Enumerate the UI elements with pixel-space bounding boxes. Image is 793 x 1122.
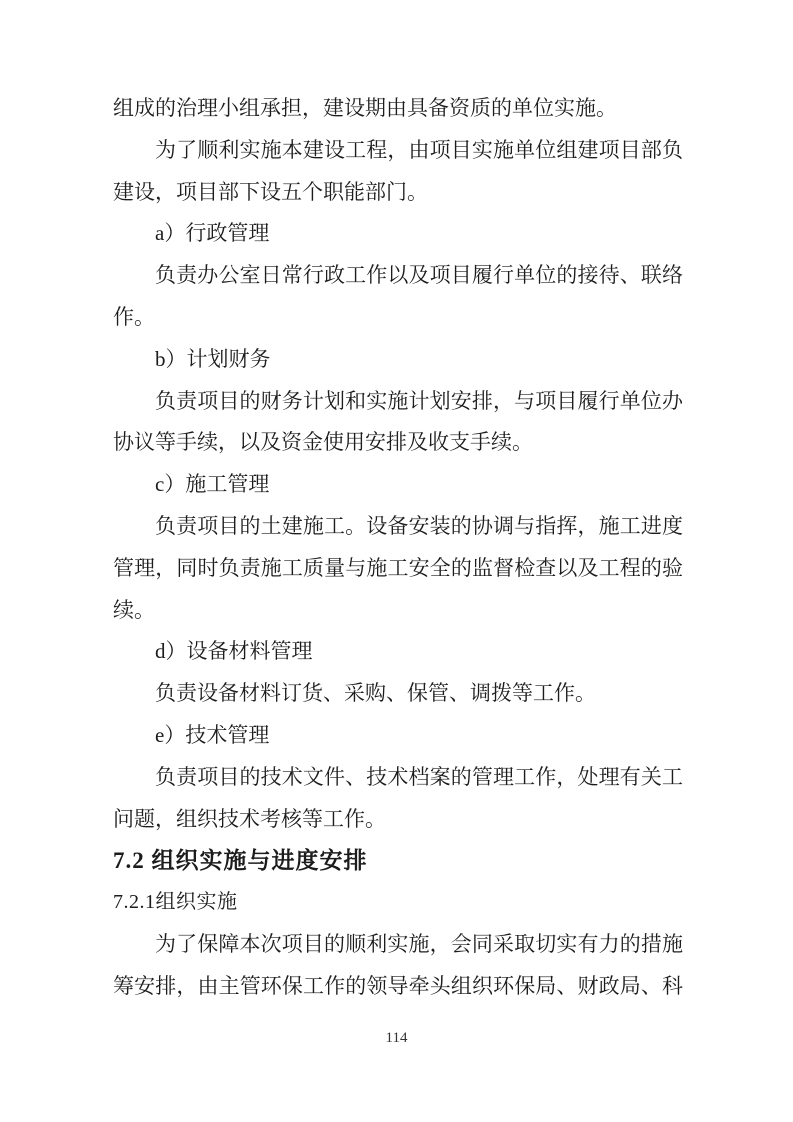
- text-line: 建设，项目部下设五个职能部门。: [113, 172, 683, 214]
- text-line: 为了保障本次项目的顺利实施，会同采取切实有力的措施进行统: [113, 924, 683, 966]
- list-item-d: d）设备材料管理: [113, 631, 683, 673]
- list-item-c: c）施工管理: [113, 464, 683, 506]
- subsection-heading-7-2-1: 7.2.1组织实施: [113, 882, 683, 924]
- text-line: 协议等手续，以及资金使用安排及收支手续。: [113, 422, 683, 464]
- document-page: 组成的治理小组承担，建设期由具备资质的单位实施。 为了顺利实施本建设工程，由项目…: [0, 0, 793, 1122]
- text-line: 负责设备材料订货、采购、保管、调拨等工作。: [113, 673, 683, 715]
- list-item-a: a）行政管理: [113, 213, 683, 255]
- text-line: 为了顺利实施本建设工程，由项目实施单位组建项目部负责工程: [113, 130, 683, 172]
- text-line: 问题，组织技术考核等工作。: [113, 799, 683, 841]
- text-line: 负责项目的土建施工。设备安装的协调与指挥，施工进度计划与: [113, 506, 683, 548]
- text-line: 负责项目的技术文件、技术档案的管理工作，处理有关工程技术: [113, 757, 683, 799]
- list-item-b: b）计划财务: [113, 339, 683, 381]
- text-line: 续。: [113, 590, 683, 632]
- text-line: 作。: [113, 297, 683, 339]
- text-line: 管理，同时负责施工质量与施工安全的监督检查以及工程的验收手: [113, 548, 683, 590]
- text-line: 负责办公室日常行政工作以及项目履行单位的接待、联络等工: [113, 255, 683, 297]
- text-line: 筹安排，由主管环保工作的领导牵头组织环保局、财政局、科技局、: [113, 966, 683, 1008]
- text-line: 组成的治理小组承担，建设期由具备资质的单位实施。: [113, 88, 683, 130]
- text-line: 负责项目的财务计划和实施计划安排，与项目履行单位办理合同: [113, 381, 683, 423]
- document-body: 组成的治理小组承担，建设期由具备资质的单位实施。 为了顺利实施本建设工程，由项目…: [113, 88, 683, 1008]
- page-number: 114: [0, 1030, 793, 1047]
- list-item-e: e）技术管理: [113, 715, 683, 757]
- section-heading-7-2: 7.2 组织实施与进度安排: [113, 840, 683, 882]
